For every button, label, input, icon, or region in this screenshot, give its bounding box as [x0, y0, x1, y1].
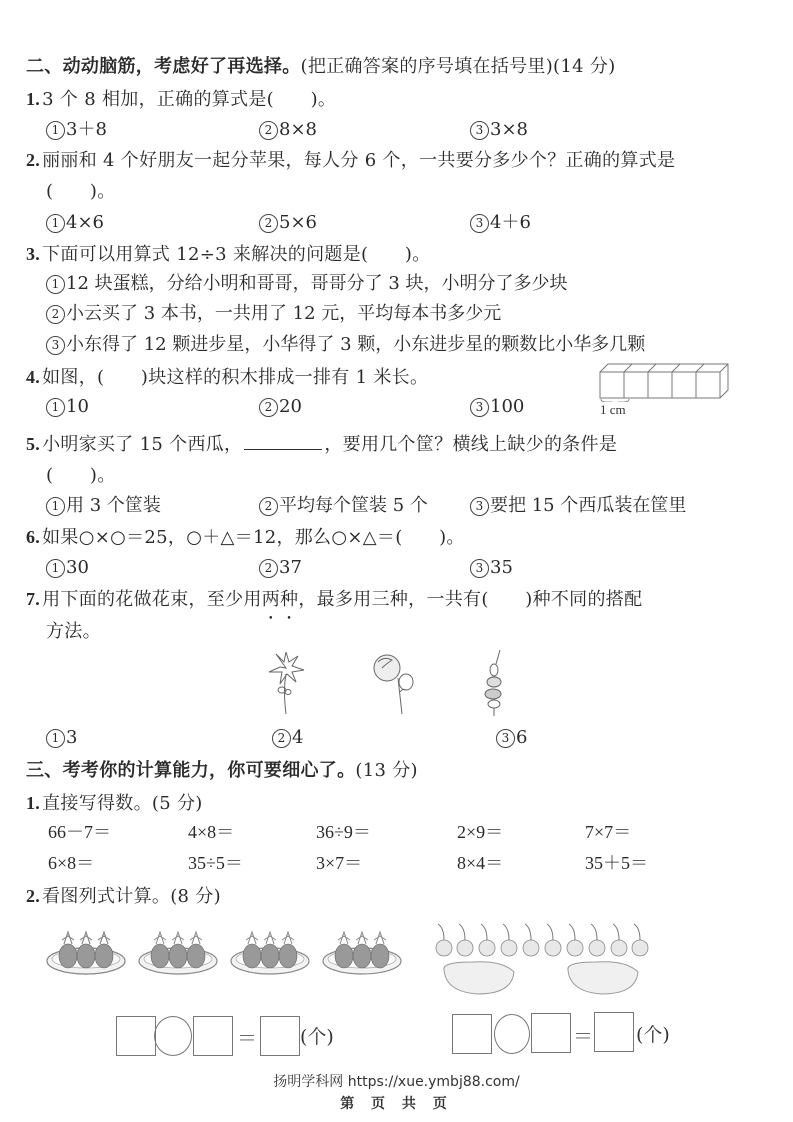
- circled-number-icon: 3: [470, 121, 489, 140]
- option-text: 12 块蛋糕，分给小明和哥哥，哥哥分了 3 块，小明分了多少块: [66, 273, 568, 294]
- circled-number-icon: 2: [259, 398, 278, 417]
- question-2-answer-blank[interactable]: ( )。: [46, 180, 116, 204]
- option-text: 20: [279, 396, 302, 417]
- q6-option-2[interactable]: 237: [259, 556, 302, 580]
- q3-option-2[interactable]: 2小云买了 3 本书，一共用了 12 元，平均每本书多少元: [46, 302, 501, 326]
- q1-option-1[interactable]: 13＋8: [46, 118, 107, 142]
- question-5-answer-blank[interactable]: ( )。: [46, 464, 116, 488]
- unit-label: (个): [300, 1022, 334, 1049]
- question-text-a: 用下面的花做花束，至少用: [42, 589, 262, 610]
- question-number: 4.: [26, 367, 40, 387]
- question-text: 丽丽和 4 个好朋友一起分苹果，每人分 6 个，一共要分多少个？正确的算式是: [42, 150, 675, 171]
- unit-label: (个): [636, 1020, 670, 1047]
- circled-number-icon: 1: [46, 275, 65, 294]
- calc-item[interactable]: 2×9＝: [457, 820, 503, 844]
- section3-question-2: 2.看图列式计算。(8 分): [26, 884, 221, 909]
- q2-option-1[interactable]: 14×6: [46, 211, 104, 235]
- q3-option-1[interactable]: 112 块蛋糕，分给小明和哥哥，哥哥分了 3 块，小明分了多少块: [46, 272, 568, 296]
- circled-number-icon: 1: [46, 121, 65, 140]
- lily-flower-icon: [266, 650, 306, 716]
- section3-title: 三、考考你的计算能力，你可要细心了。: [26, 760, 355, 781]
- option-text: 100: [490, 396, 524, 417]
- q5-option-1[interactable]: 1用 3 个筐装: [46, 494, 161, 518]
- option-text: 小东得了 12 颗进步星，小华得了 3 颗，小东进步星的颗数比小华多几颗: [66, 334, 645, 355]
- q2-option-2[interactable]: 25×6: [259, 211, 317, 235]
- cube-blocks-figure: [598, 362, 730, 402]
- circled-number-icon: 1: [46, 398, 65, 417]
- q4-option-2[interactable]: 220: [259, 395, 302, 419]
- option-text: 37: [279, 557, 302, 578]
- option-text: 5×6: [279, 212, 317, 233]
- circled-number-icon: 1: [46, 729, 65, 748]
- answer-box-result[interactable]: [260, 1016, 300, 1056]
- q2-option-3[interactable]: 34＋6: [470, 211, 531, 235]
- question-number: 3.: [26, 244, 40, 264]
- calc-item[interactable]: 7×7＝: [585, 820, 631, 844]
- q1-option-3[interactable]: 33×8: [470, 118, 528, 142]
- question-5: 5.小明家买了 15 个西瓜，，要用几个筐？横线上缺少的条件是: [26, 432, 617, 457]
- question-text: 如果○×○＝25，○＋△＝12，那么○×△＝( )。: [42, 527, 465, 548]
- question-number: 1.: [26, 793, 40, 813]
- calc-item[interactable]: 3×7＝: [316, 851, 362, 875]
- circled-number-icon: 3: [496, 729, 515, 748]
- section2-header: 二、动动脑筋，考虑好了再选择。(把正确答案的序号填在括号里)(14 分): [26, 55, 616, 79]
- option-text: 小云买了 3 本书，一共用了 12 元，平均每本书多少元: [66, 303, 501, 324]
- circled-number-icon: 2: [272, 729, 291, 748]
- question-1: 1.3 个 8 相加，正确的算式是( )。: [26, 87, 336, 112]
- circled-number-icon: 3: [470, 398, 489, 417]
- equals-sign: ＝: [573, 1020, 593, 1049]
- q6-option-1[interactable]: 130: [46, 556, 89, 580]
- option-text: 平均每个筐装 5 个: [279, 495, 428, 516]
- question-text: 看图列式计算。(8 分): [42, 886, 221, 907]
- option-text: 35: [490, 557, 513, 578]
- circled-number-icon: 2: [259, 559, 278, 578]
- answer-box-result[interactable]: [594, 1012, 634, 1052]
- question-text-b: ，最多用三种，一共有( )种不同的搭配: [298, 589, 642, 610]
- cherries-bowls-picture: [432, 918, 652, 998]
- question-text: 如图，( )块这样的积木排成一排有 1 米长。: [42, 367, 428, 388]
- pineapple-plate-4: [322, 928, 404, 978]
- question-3: 3.下面可以用算式 12÷3 来解决的问题是( )。: [26, 242, 431, 267]
- answer-box-operand-1[interactable]: [452, 1014, 492, 1054]
- calc-item[interactable]: 4×8＝: [188, 820, 234, 844]
- q5-option-2[interactable]: 2平均每个筐装 5 个: [259, 494, 428, 518]
- q6-option-3[interactable]: 335: [470, 556, 513, 580]
- question-7-continuation: 方法。: [46, 620, 101, 644]
- question-number: 2.: [26, 150, 40, 170]
- gladiolus-flower-icon: [480, 648, 508, 718]
- option-text: 4×6: [66, 212, 104, 233]
- pineapple-plates-picture: [46, 928, 326, 978]
- emphasis-char: 两: [262, 589, 280, 610]
- circled-number-icon: 1: [46, 497, 65, 516]
- calc-item[interactable]: 36÷9＝: [316, 820, 371, 844]
- option-text: 4: [292, 727, 303, 748]
- q7-option-2[interactable]: 24: [272, 726, 303, 750]
- question-2: 2.丽丽和 4 个好朋友一起分苹果，每人分 6 个，一共要分多少个？正确的算式是: [26, 148, 675, 173]
- operator-circle[interactable]: [154, 1016, 192, 1056]
- section3-question-1: 1.直接写得数。(5 分): [26, 791, 203, 816]
- question-text: 下面可以用算式 12÷3 来解决的问题是( )。: [42, 244, 430, 265]
- question-number: 6.: [26, 527, 40, 547]
- q3-option-3[interactable]: 3小东得了 12 颗进步星，小华得了 3 颗，小东进步星的颗数比小华多几颗: [46, 333, 645, 357]
- option-text: 用 3 个筐装: [66, 495, 161, 516]
- q5-option-3[interactable]: 3要把 15 个西瓜装在筐里: [470, 494, 686, 518]
- emphasis-char: 种: [280, 589, 298, 610]
- option-text: 6: [516, 727, 527, 748]
- q4-option-1[interactable]: 110: [46, 395, 89, 419]
- question-text: 3 个 8 相加，正确的算式是( )。: [42, 89, 336, 110]
- option-text: 3: [66, 727, 77, 748]
- question-4: 4.如图，( )块这样的积木排成一排有 1 米长。: [26, 365, 428, 390]
- page-number: 第 页 共 页: [0, 1093, 793, 1113]
- option-text: 4＋6: [490, 212, 531, 233]
- rose-flower-icon: [372, 652, 420, 714]
- question-7: 7.用下面的花做花束，至少用两种，最多用三种，一共有( )种不同的搭配: [26, 587, 642, 612]
- equals-sign: ＝: [237, 1022, 257, 1051]
- question-text: 直接写得数。(5 分): [42, 793, 203, 814]
- answer-box-operand-2[interactable]: [531, 1013, 571, 1053]
- calc-item[interactable]: 66－7＝: [48, 820, 111, 844]
- q4-option-3[interactable]: 3100: [470, 395, 524, 419]
- circled-number-icon: 2: [259, 214, 278, 233]
- calc-item[interactable]: 8×4＝: [457, 851, 503, 875]
- calc-item[interactable]: 35÷5＝: [188, 851, 243, 875]
- option-text: 8×8: [279, 119, 317, 140]
- calc-item[interactable]: 6×8＝: [48, 851, 94, 875]
- question-number: 5.: [26, 434, 40, 454]
- question-number: 2.: [26, 886, 40, 906]
- circled-number-icon: 3: [470, 497, 489, 516]
- option-text: 3＋8: [66, 119, 107, 140]
- section2-title: 二、动动脑筋，考虑好了再选择。: [26, 56, 301, 77]
- q7-option-1[interactable]: 13: [46, 726, 77, 750]
- question-text-b: ，要用几个筐？横线上缺少的条件是: [324, 434, 617, 455]
- circled-number-icon: 1: [46, 214, 65, 233]
- watermark: 扬明学科网 https://xue.ymbj88.com/: [0, 1071, 793, 1091]
- figure-label: 1 cm: [600, 402, 626, 418]
- calc-item[interactable]: 35＋5＝: [585, 851, 648, 875]
- option-text: 30: [66, 557, 89, 578]
- option-text: 3×8: [490, 119, 528, 140]
- q7-option-3[interactable]: 36: [496, 726, 527, 750]
- option-text: 要把 15 个西瓜装在筐里: [490, 495, 686, 516]
- question-number: 1.: [26, 89, 40, 109]
- answer-box-operand-1[interactable]: [116, 1016, 156, 1056]
- answer-box-operand-2[interactable]: [193, 1016, 233, 1056]
- question-number: 7.: [26, 589, 40, 609]
- fill-in-line[interactable]: [244, 433, 322, 450]
- circled-number-icon: 2: [259, 121, 278, 140]
- circled-number-icon: 2: [259, 497, 278, 516]
- circled-number-icon: 3: [46, 336, 65, 355]
- question-6: 6.如果○×○＝25，○＋△＝12，那么○×△＝( )。: [26, 525, 465, 550]
- circled-number-icon: 2: [46, 305, 65, 324]
- section3-score: (13 分): [355, 760, 417, 781]
- circled-number-icon: 3: [470, 559, 489, 578]
- option-text: 10: [66, 396, 89, 417]
- section2-instruction: (把正确答案的序号填在括号里)(14 分): [301, 56, 616, 77]
- section3-header: 三、考考你的计算能力，你可要细心了。(13 分): [26, 759, 418, 783]
- q1-option-2[interactable]: 28×8: [259, 118, 317, 142]
- question-text-a: 小明家买了 15 个西瓜，: [42, 434, 242, 455]
- operator-circle[interactable]: [494, 1014, 530, 1054]
- circled-number-icon: 1: [46, 559, 65, 578]
- circled-number-icon: 3: [470, 214, 489, 233]
